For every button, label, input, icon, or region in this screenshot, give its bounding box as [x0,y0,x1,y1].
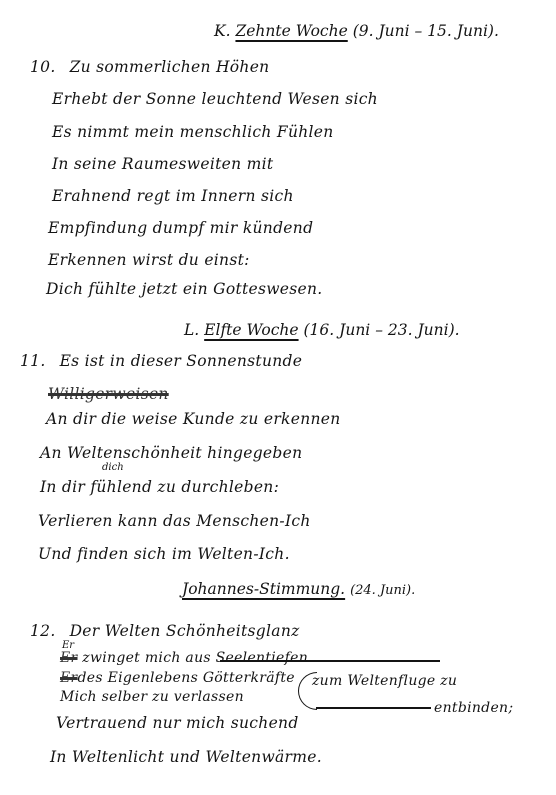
verse-12-line-4: Mich selber zu verlassen [60,689,244,705]
verse-11-line-4: An Weltenschönheit hingegeben [40,444,302,462]
verse-10-line-5: Erahnend regt im Innern sich [52,187,294,205]
section-k-week: Zehnte Woche [235,22,347,40]
section-k-letter: K. [214,22,231,40]
verse-11-line-7: Und finden sich im Welten-Ich. [38,545,290,563]
verse-10-line-3: Es nimmt mein menschlich Fühlen [52,123,334,141]
verse-10-line-4: In seine Raumesweiten mit [52,155,273,173]
section-l-letter: L. [184,321,199,339]
verse-11-insertion: dich [102,462,124,473]
verse-12-line-5: Vertrauend nur mich suchend [56,714,299,732]
verse-10-number: 10. [30,58,56,76]
verse-12-line-6: In Weltenlicht und Weltenwärme. [50,748,322,766]
johannes-heading: Johannes-Stimmung. (24. Juni). [182,580,415,598]
verse-11-struck-line: Willigerweisen [48,385,169,403]
verse-12-margin-addition: zum Weltenfluge zu [312,673,457,689]
connector-line-lower [316,707,431,709]
johannes-dates: (24. Juni). [350,583,415,598]
verse-10-line-8: Dich fühlte jetzt ein Gotteswesen. [46,280,323,298]
verse-10-line-7: Erkennen wirst du einst: [48,251,250,269]
verse-12-number: 12. [30,622,56,640]
section-k-dates: (9. Juni – 15. Juni). [353,22,499,40]
section-l-dates: (16. Juni – 23. Juni). [304,321,460,339]
connector-line [220,660,440,662]
verse-11-line-5: In dir fühlend zu durchleben: [40,478,279,496]
section-k-heading: K. Zehnte Woche (9. Juni – 15. Juni). [214,22,499,40]
verse-10-line-6: Empfindung dumpf mir kündend [48,219,313,237]
verse-12-margin-addition-end: entbinden; [434,700,513,716]
verse-11-number: 11. [20,352,46,370]
verse-11-line-1: 11.Es ist in dieser Sonnenstunde [20,352,302,370]
verse-12-line-2: Er zwinget mich aus Seelentiefen [60,650,308,666]
verse-12-line-1: 12.Der Welten Schönheitsglanz [30,622,300,640]
verse-11-line-3: An dir die weise Kunde zu erkennen [46,410,341,428]
verse-10-line-2: Erhebt der Sonne leuchtend Wesen sich [52,90,378,108]
johannes-title: Johannes-Stimmung. [182,580,345,598]
verse-11-line-6: Verlieren kann das Menschen-Ich [38,512,311,530]
verse-10-line-1: 10.Zu sommerlichen Höhen [30,58,269,76]
verse-12-line-3: Erdes Eigenlebens Götterkräfte [60,670,295,686]
section-l-week: Elfte Woche [204,321,298,339]
section-l-heading: L. Elfte Woche (16. Juni – 23. Juni). [184,321,460,339]
